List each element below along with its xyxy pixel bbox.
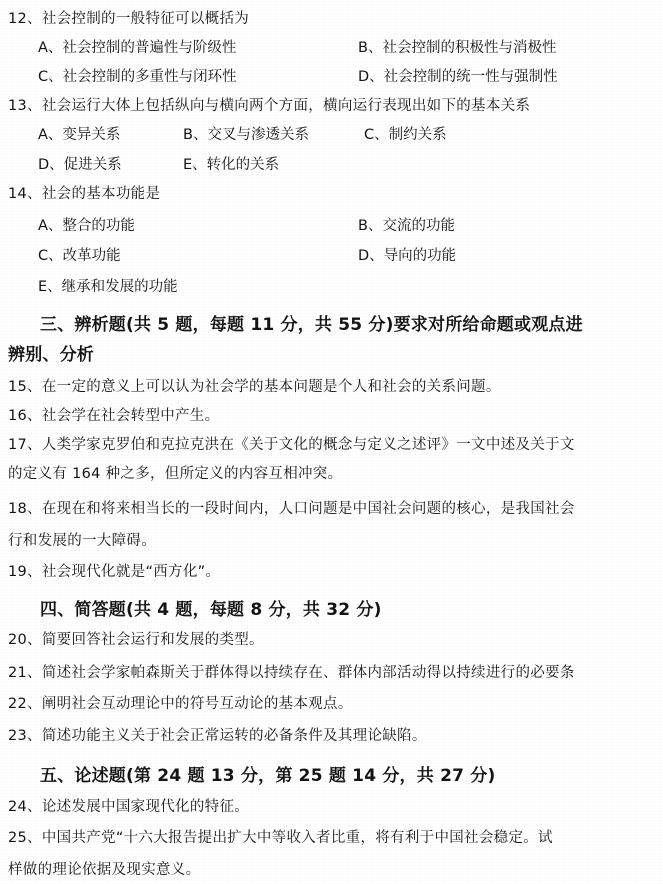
section-3-heading-cont: 辨别、分析 [8, 343, 94, 367]
question-14-option-c: C、改革功能 [38, 246, 121, 266]
question-18: 18、在现在和将来相当长的一段时间内，人口问题是中国社会问题的核心，是我国社会 [8, 499, 575, 519]
question-13-option-e: E、转化的关系 [183, 155, 279, 175]
question-17: 17、人类学家克罗伯和克拉克洪在《关于文化的概念与定义之述评》一文中述及关于文 [8, 435, 575, 455]
question-20: 20、简要回答社会运行和发展的类型。 [8, 630, 264, 650]
question-16: 16、社会学在社会转型中产生。 [8, 406, 219, 426]
question-12-option-b: B、社会控制的积极性与消极性 [358, 38, 556, 58]
question-14-option-e: E、继承和发展的功能 [38, 277, 178, 297]
question-14-option-a: A、整合的功能 [38, 216, 135, 236]
question-14-stem: 14、社会的基本功能是 [8, 184, 160, 204]
question-21: 21、简述社会学家帕森斯关于群体得以持续存在、群体内部活动得以持续进行的必要条 [8, 663, 575, 683]
question-13-option-d: D、促进关系 [38, 155, 122, 175]
question-14-option-d: D、导向的功能 [358, 246, 456, 266]
question-12-option-c: C、社会控制的多重性与闭环性 [38, 67, 237, 87]
section-5-heading: 五、论述题(第 24 题 13 分，第 25 题 14 分，共 27 分) [40, 764, 495, 788]
question-22: 22、阐明社会互动理论中的符号互动论的基本观点。 [8, 694, 353, 714]
question-12-option-a: A、社会控制的普遍性与阶级性 [38, 38, 236, 58]
question-24: 24、论述发展中国家现代化的特征。 [8, 797, 249, 817]
question-18-cont: 行和发展的一大障碍。 [8, 531, 156, 551]
question-14-option-b: B、交流的功能 [358, 216, 455, 236]
question-12-stem: 12、社会控制的一般特征可以概括为 [8, 9, 249, 29]
section-4-heading: 四、简答题(共 4 题，每题 8 分，共 32 分) [40, 598, 382, 622]
question-13-option-a: A、变异关系 [38, 125, 120, 145]
question-12-option-d: D、社会控制的统一性与强制性 [358, 67, 558, 87]
question-19: 19、社会现代化就是“西方化”。 [8, 562, 220, 582]
question-23: 23、简述功能主义关于社会正常运转的必备条件及其理论缺陷。 [8, 726, 427, 746]
section-3-heading: 三、辨析题(共 5 题，每题 11 分，共 55 分)要求对所给命题或观点进 [40, 313, 583, 337]
question-13-stem: 13、社会运行大体上包括纵向与横向两个方面，横向运行表现出如下的基本关系 [8, 96, 530, 116]
question-13-option-c: C、制约关系 [364, 125, 447, 145]
question-25: 25、中国共产党“十六大报告提出扩大中等收入者比重，将有利于中国社会稳定。试 [8, 828, 553, 848]
exam-page: 12、社会控制的一般特征可以概括为 A、社会控制的普遍性与阶级性 B、社会控制的… [0, 0, 663, 884]
question-15: 15、在一定的意义上可以认为社会学的基本问题是个人和社会的关系问题。 [8, 377, 501, 397]
question-17-cont: 的定义有 164 种之多，但所定义的内容互相冲突。 [8, 464, 342, 484]
question-25-cont: 样做的理论依据及现实意义。 [8, 860, 200, 880]
question-13-option-b: B、交叉与渗透关系 [183, 125, 309, 145]
